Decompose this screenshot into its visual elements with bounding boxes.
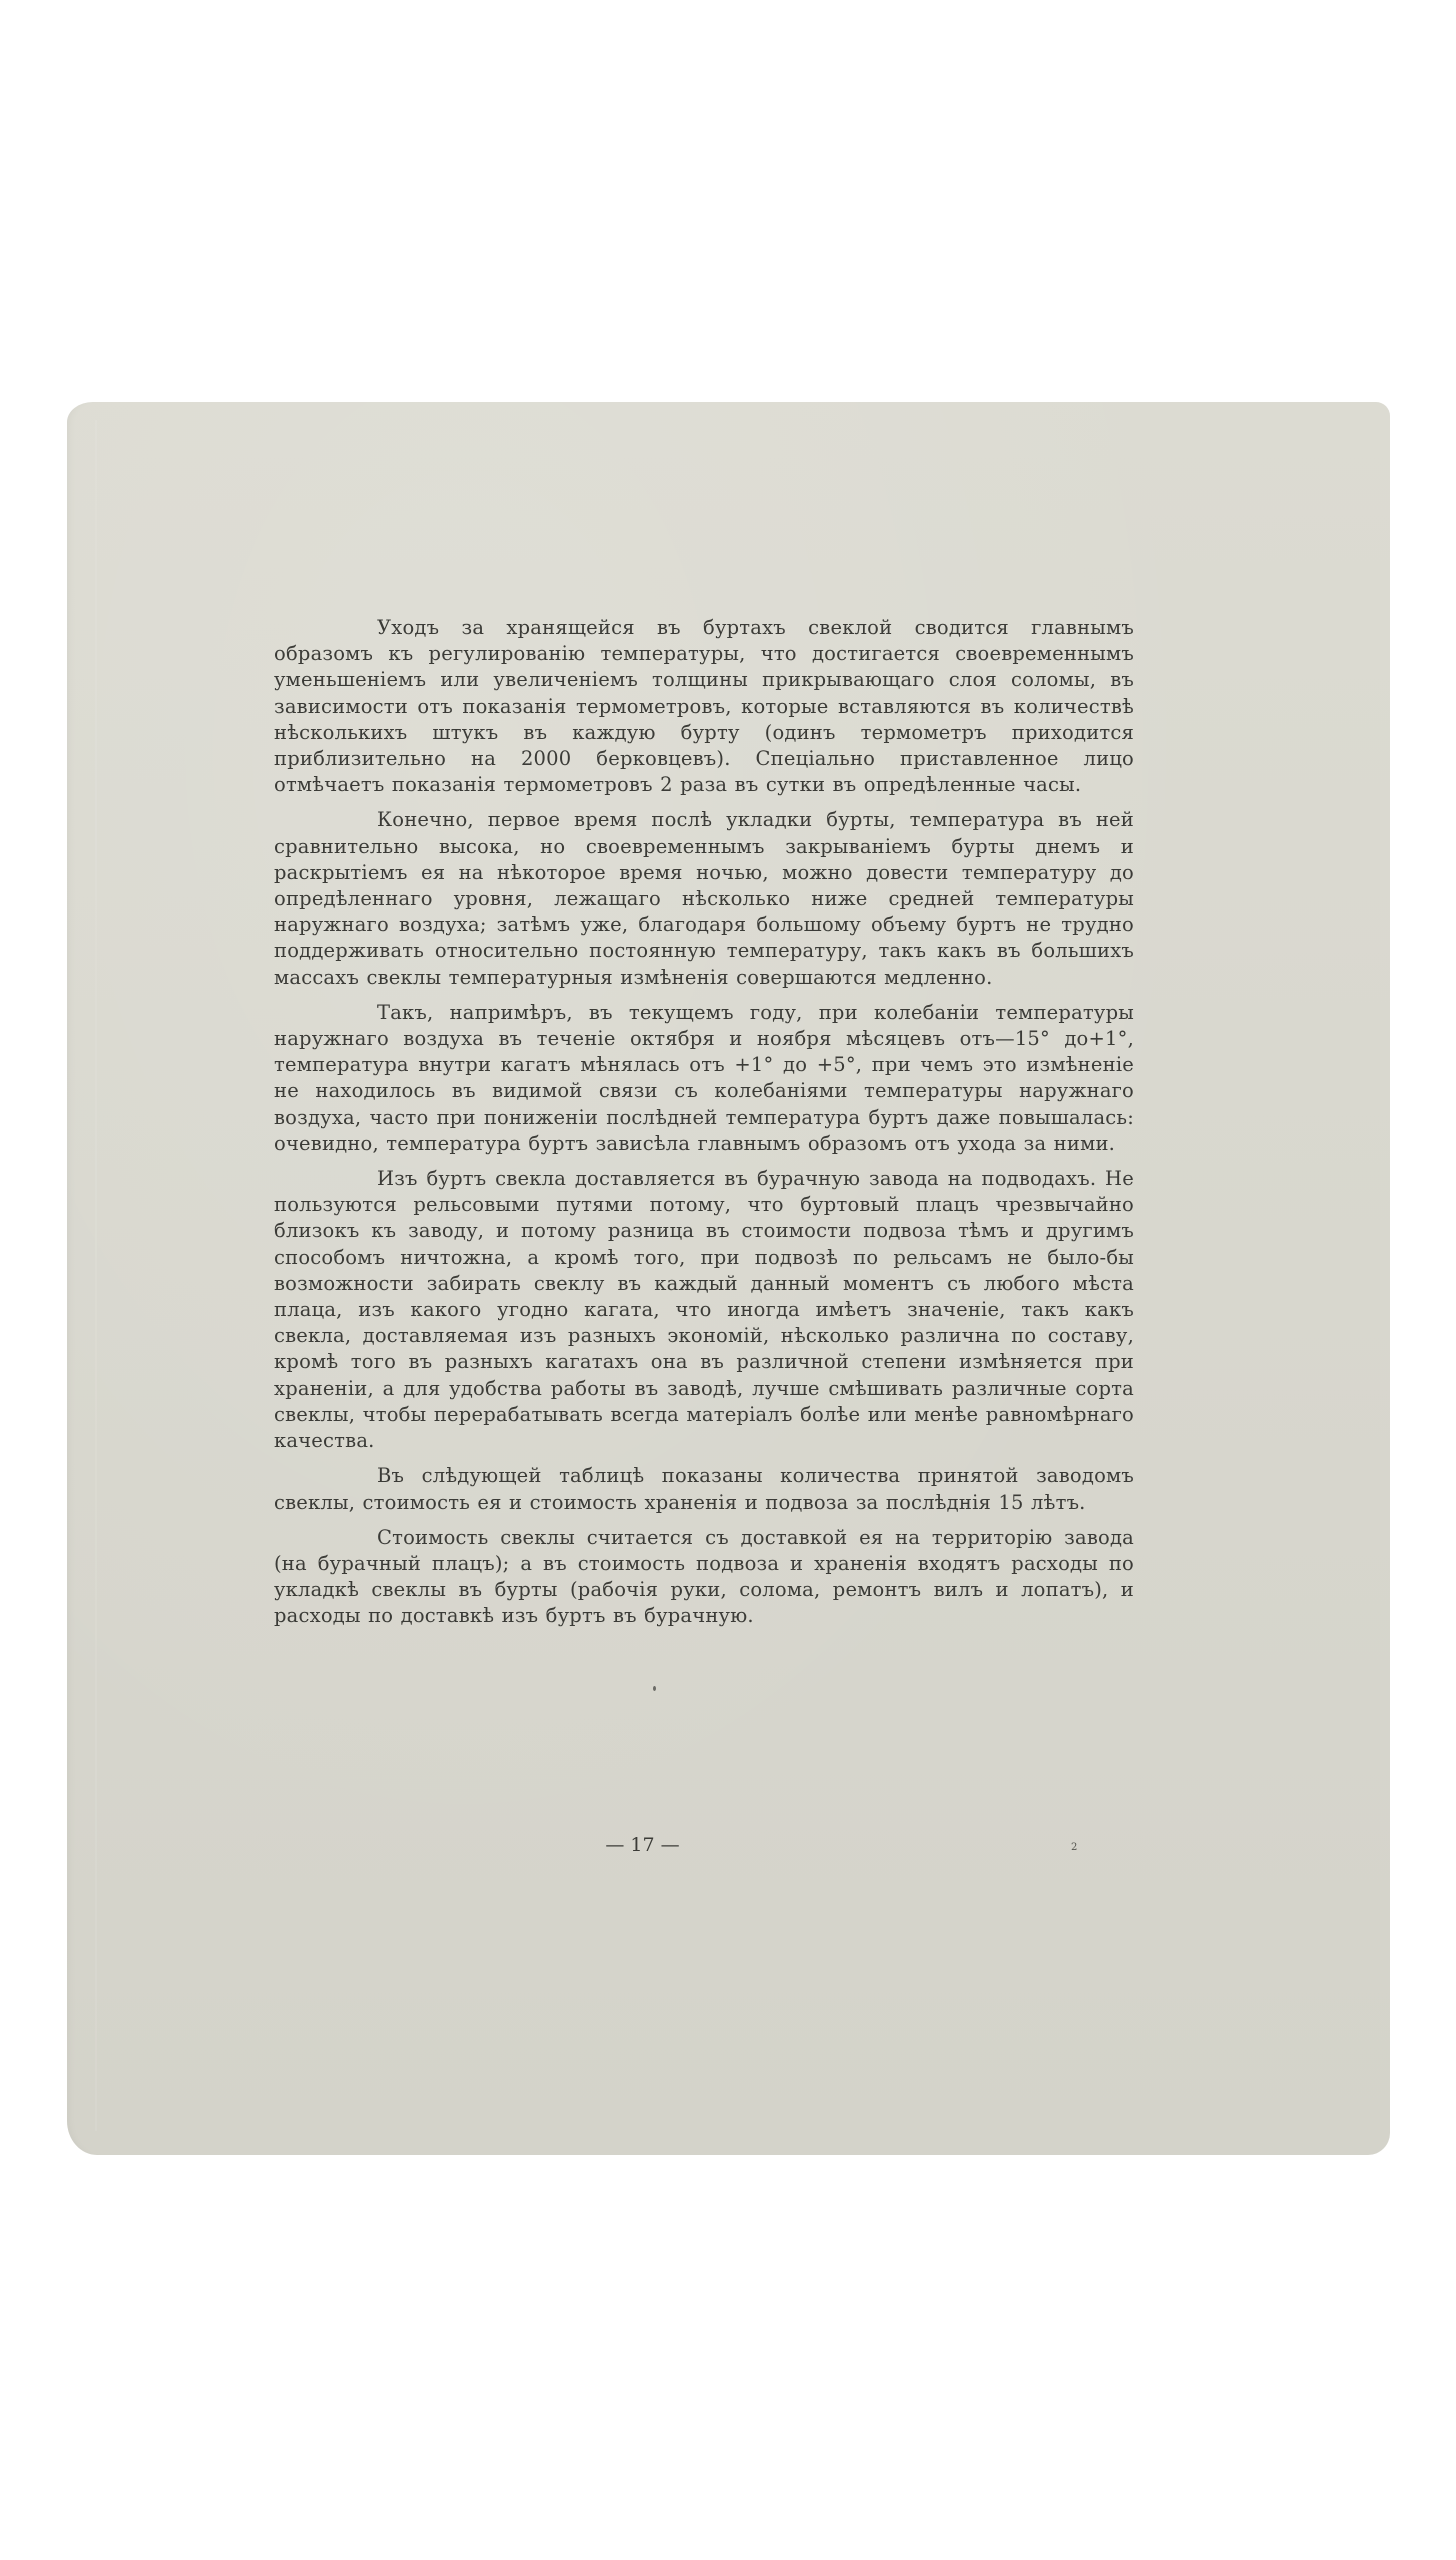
signature-mark: 2 <box>1071 1842 1077 1853</box>
dust-speck <box>653 1686 656 1691</box>
paragraph-temperature-example: Такъ, напримѣръ, въ текущемъ году, при к… <box>274 1000 1134 1157</box>
page-number: — 17 — <box>67 1834 1390 1856</box>
paragraph-beet-storage-care: Уходъ за хранящейся въ буртахъ свеклой с… <box>274 615 1134 798</box>
paragraph-cost-definition: Стоимость свеклы считается съ доставкой … <box>274 1525 1134 1630</box>
body-text: Уходъ за хранящейся въ буртахъ свеклой с… <box>274 615 1134 1639</box>
paragraph-table-intro: Въ слѣдующей таблицѣ показаны количества… <box>274 1463 1134 1515</box>
paragraph-transport-to-factory: Изъ буртъ свекла доставляется въ бурачну… <box>274 1166 1134 1454</box>
book-page: Уходъ за хранящейся въ буртахъ свеклой с… <box>67 402 1390 2155</box>
paragraph-initial-temperature: Конечно, первое время послѣ укладки бурт… <box>274 807 1134 990</box>
